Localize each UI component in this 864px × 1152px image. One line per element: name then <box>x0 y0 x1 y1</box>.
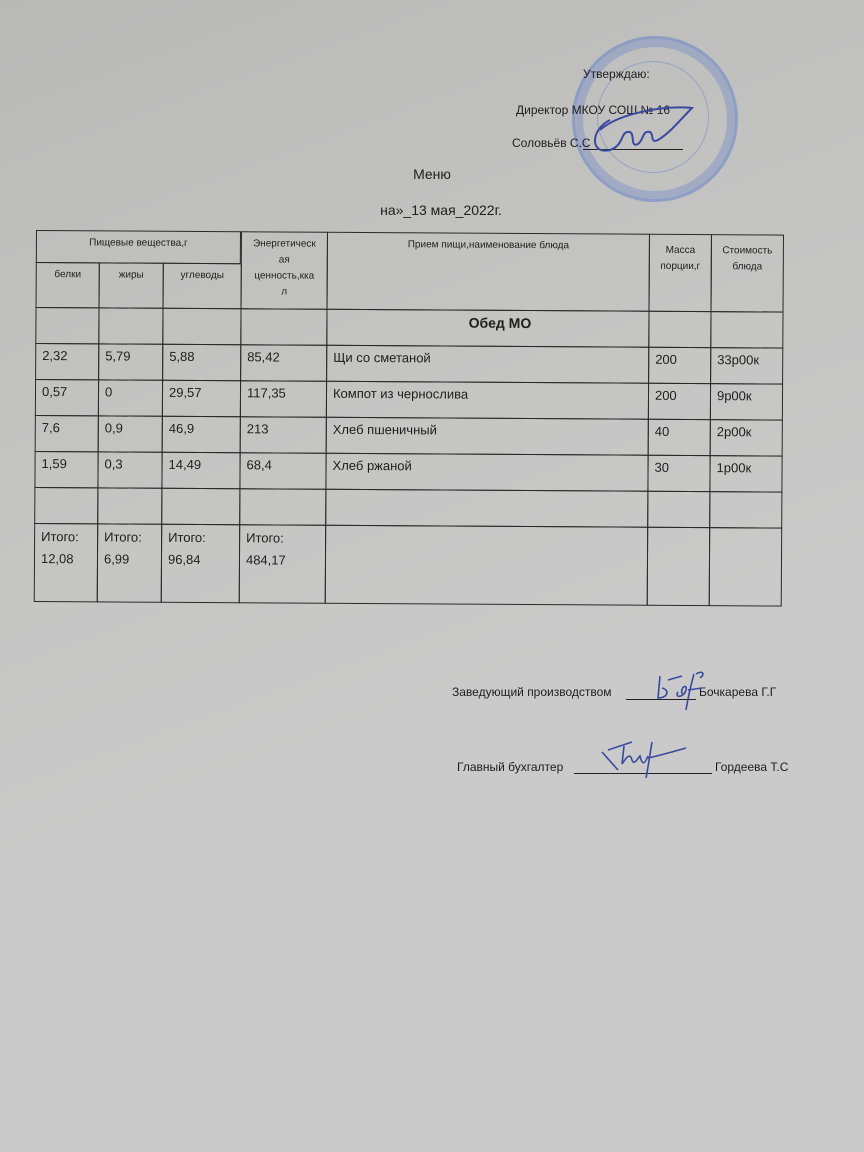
table-cell-cost: 1р00к <box>709 455 782 492</box>
empty-cell <box>325 489 648 528</box>
empty-cell <box>239 488 326 526</box>
table-cell-dish: Щи со сметаной <box>326 345 649 384</box>
menu-table: Пищевые вещества,г белки жиры углеводы Э… <box>34 230 784 607</box>
header-mass: Масса порции,г <box>649 234 712 312</box>
header-fats: жиры <box>99 262 164 308</box>
header-proteins-label: белки <box>54 269 81 280</box>
table-cell-dish: Хлеб ржаной <box>325 453 648 492</box>
table-cell-mass: 30 <box>647 455 710 492</box>
table-cell-dish: Хлеб пшеничный <box>326 417 649 456</box>
empty-cell <box>648 311 711 348</box>
table-cell-fats: 0 <box>98 379 163 416</box>
total-cell-energy: Итого:484,17 <box>239 524 326 604</box>
table-cell-dish: Компот из чернослива <box>326 381 649 420</box>
total-cell-proteins: Итого:12,08 <box>34 523 98 602</box>
empty-cell <box>34 487 98 524</box>
total-label: Итого: <box>41 526 91 548</box>
total-cell-fats: Итого:6,99 <box>97 523 162 602</box>
empty-cell <box>35 307 99 344</box>
approval-position: Директор МКОУ СОШ № 16 <box>516 103 670 117</box>
header-energy-line: л <box>244 284 325 300</box>
table-cell-fats: 0,3 <box>97 451 162 488</box>
header-nutrients: Пищевые вещества,г <box>36 230 241 264</box>
approval-name: Соловьёв С.С <box>512 136 591 150</box>
total-value: 484,17 <box>246 549 319 571</box>
empty-cell <box>162 308 241 345</box>
table-cell-cost: 33р00к <box>710 347 783 384</box>
table-cell-carbs: 14,49 <box>161 452 240 489</box>
table-cell-proteins: 1,59 <box>34 451 98 488</box>
empty-cell <box>97 487 162 524</box>
total-cell-carbs: Итого:96,84 <box>161 524 240 603</box>
total-label: Итого: <box>104 526 155 548</box>
table-cell-mass: 40 <box>648 419 711 456</box>
director-signature-line <box>583 149 683 150</box>
header-cost-line: Стоимость <box>714 243 781 259</box>
section-title: Обед МО <box>326 309 649 348</box>
header-energy-line: ая <box>244 252 325 268</box>
header-cost-line: блюда <box>714 259 781 275</box>
empty-cell <box>710 311 783 348</box>
table-cell-carbs: 29,57 <box>162 380 241 417</box>
total-value: 12,08 <box>41 548 91 570</box>
empty-cell <box>647 491 710 528</box>
header-carbs-label: углеводы <box>180 270 223 281</box>
table-cell-proteins: 0,57 <box>35 379 99 416</box>
empty-cell <box>325 525 648 606</box>
table-cell-proteins: 7,6 <box>35 415 99 452</box>
header-proteins: белки <box>36 262 100 308</box>
total-value: 96,84 <box>168 549 233 571</box>
empty-cell <box>647 527 710 606</box>
empty-cell <box>709 491 782 528</box>
table-cell-fats: 0,9 <box>98 415 163 452</box>
table-cell-energy: 213 <box>240 416 327 454</box>
header-dish: Прием пищи,наименование блюда <box>327 232 650 312</box>
menu-date: на»_13 мая_2022г. <box>0 202 864 218</box>
production-head-name: Бочкарева Г.Г <box>699 685 776 699</box>
accountant-title: Главный бухгалтер <box>457 760 563 774</box>
header-fats-label: жиры <box>119 270 144 281</box>
header-energy: Энергетическ ая ценность,кка л <box>241 231 328 310</box>
table-cell-proteins: 2,32 <box>35 343 99 380</box>
accountant-signature-line <box>574 773 712 774</box>
table-cell-carbs: 46,9 <box>162 416 241 453</box>
table-cell-cost: 9р00к <box>710 383 783 420</box>
header-carbs: углеводы <box>163 263 242 309</box>
header-energy-line: ценность,кка <box>244 268 325 284</box>
accountant-name: Гордеева Т.С <box>715 760 788 774</box>
table-cell-mass: 200 <box>648 347 711 384</box>
menu-title: Меню <box>0 166 864 182</box>
empty-cell <box>98 307 163 344</box>
table-cell-fats: 5,79 <box>98 343 163 380</box>
header-dish-label: Прием пищи,наименование блюда <box>408 239 569 251</box>
production-head-title: Заведующий производством <box>452 685 612 699</box>
header-mass-line: порции,г <box>652 259 709 275</box>
header-nutrients-label: Пищевые вещества,г <box>89 237 188 249</box>
empty-cell <box>161 488 240 525</box>
empty-cell <box>240 308 327 346</box>
total-value: 6,99 <box>104 548 155 570</box>
total-label: Итого: <box>246 527 319 549</box>
table-cell-energy: 117,35 <box>240 380 327 418</box>
table-cell-carbs: 5,88 <box>162 344 241 381</box>
table-cell-energy: 68,4 <box>239 452 326 490</box>
table-cell-energy: 85,42 <box>240 344 327 382</box>
table-cell-cost: 2р00к <box>710 419 783 456</box>
header-cost: Стоимость блюда <box>711 234 784 312</box>
total-label: Итого: <box>168 527 233 549</box>
document-page: Утверждаю: Директор МКОУ СОШ № 16 Соловь… <box>0 0 864 1152</box>
header-mass-line: Масса <box>652 243 709 259</box>
header-energy-line: Энергетическ <box>244 236 325 252</box>
empty-cell <box>709 527 782 606</box>
approval-title: Утверждаю: <box>583 67 650 81</box>
production-head-signature-line <box>626 699 696 700</box>
table-cell-mass: 200 <box>648 383 711 420</box>
